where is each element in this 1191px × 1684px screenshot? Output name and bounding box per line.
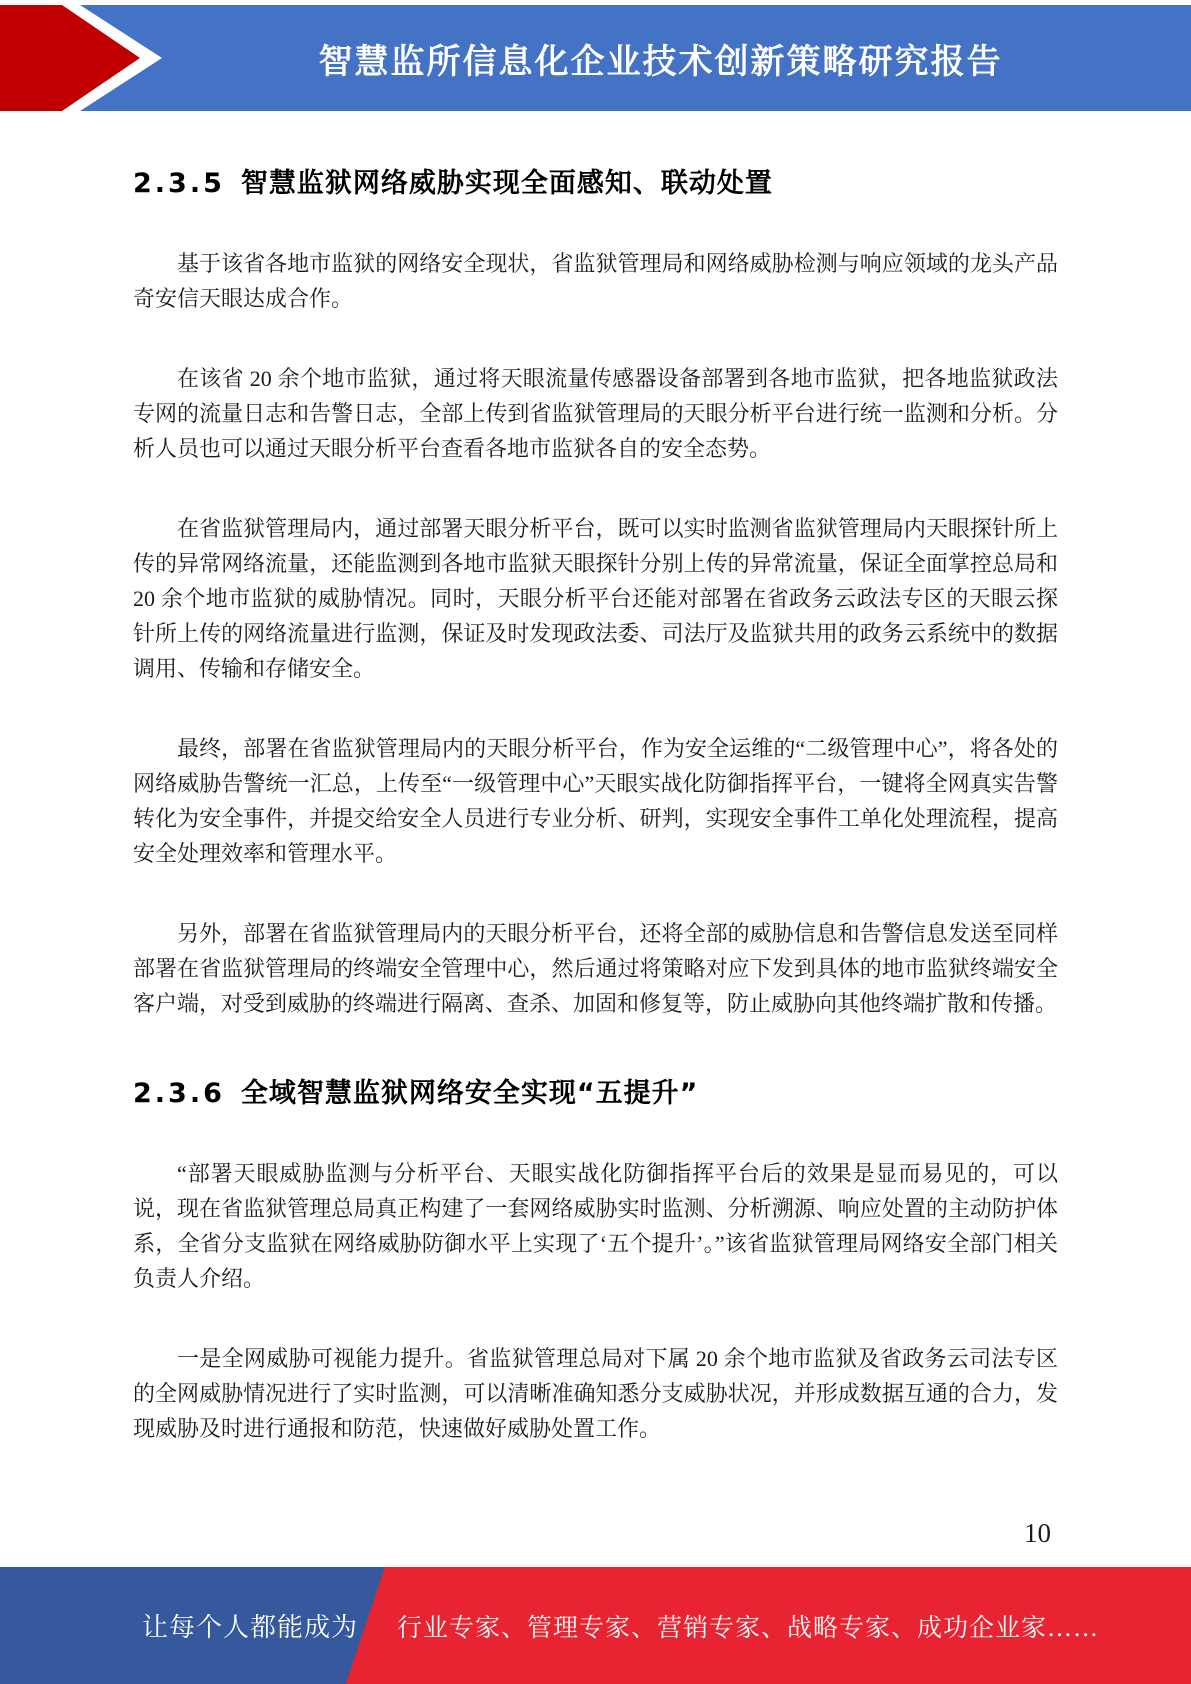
header-banner: 智慧监所信息化企业技术创新策略研究报告 (0, 5, 1191, 111)
page-number: 10 (1024, 1518, 1051, 1549)
paragraph: 一是全网威胁可视能力提升。省监狱管理总局对下属 20 余个地市监狱及省政务云司法… (133, 1341, 1058, 1446)
report-page: 智慧监所信息化企业技术创新策略研究报告 2.3.5智慧监狱网络威胁实现全面感知、… (0, 0, 1191, 1684)
section-title: 全域智慧监狱网络安全实现“五提升” (241, 1078, 699, 1109)
section-heading-2-3-5: 2.3.5智慧监狱网络威胁实现全面感知、联动处置 (133, 167, 1058, 201)
section-number: 2.3.6 (133, 1077, 225, 1111)
paragraph: 在省监狱管理局内，通过部署天眼分析平台，既可以实时监测省监狱管理局内天眼探针所上… (133, 511, 1058, 686)
paragraph: “部署天眼威胁监测与分析平台、天眼实战化防御指挥平台后的效果是显而易见的，可以说… (133, 1156, 1058, 1296)
paragraph: 最终，部署在省监狱管理局内的天眼分析平台，作为安全运维的“二级管理中心”，将各处… (133, 731, 1058, 871)
paragraph: 基于该省各地市监狱的网络安全现状，省监狱管理局和网络威胁检测与响应领域的龙头产品… (133, 246, 1058, 316)
section-number: 2.3.5 (133, 167, 225, 201)
paragraph: 在该省 20 余个地市监狱，通过将天眼流量传感器设备部署到各地市监狱，把各地监狱… (133, 361, 1058, 466)
section-heading-2-3-6: 2.3.6全域智慧监狱网络安全实现“五提升” (133, 1077, 1058, 1111)
report-title: 智慧监所信息化企业技术创新策略研究报告 (170, 5, 1151, 111)
footer-slogan-right: 行业专家、管理专家、营销专家、战略专家、成功企业家…… (397, 1567, 1099, 1684)
section-title: 智慧监狱网络威胁实现全面感知、联动处置 (241, 168, 773, 199)
footer-banner: 让每个人都能成为 行业专家、管理专家、营销专家、战略专家、成功企业家…… (0, 1567, 1191, 1684)
paragraph: 另外，部署在省监狱管理局内的天眼分析平台，还将全部的威胁信息和告警信息发送至同样… (133, 916, 1058, 1021)
document-body: 2.3.5智慧监狱网络威胁实现全面感知、联动处置 基于该省各地市监狱的网络安全现… (133, 111, 1058, 1446)
footer-slogan-left: 让每个人都能成为 (142, 1567, 358, 1684)
red-arrow-icon (0, 5, 140, 111)
